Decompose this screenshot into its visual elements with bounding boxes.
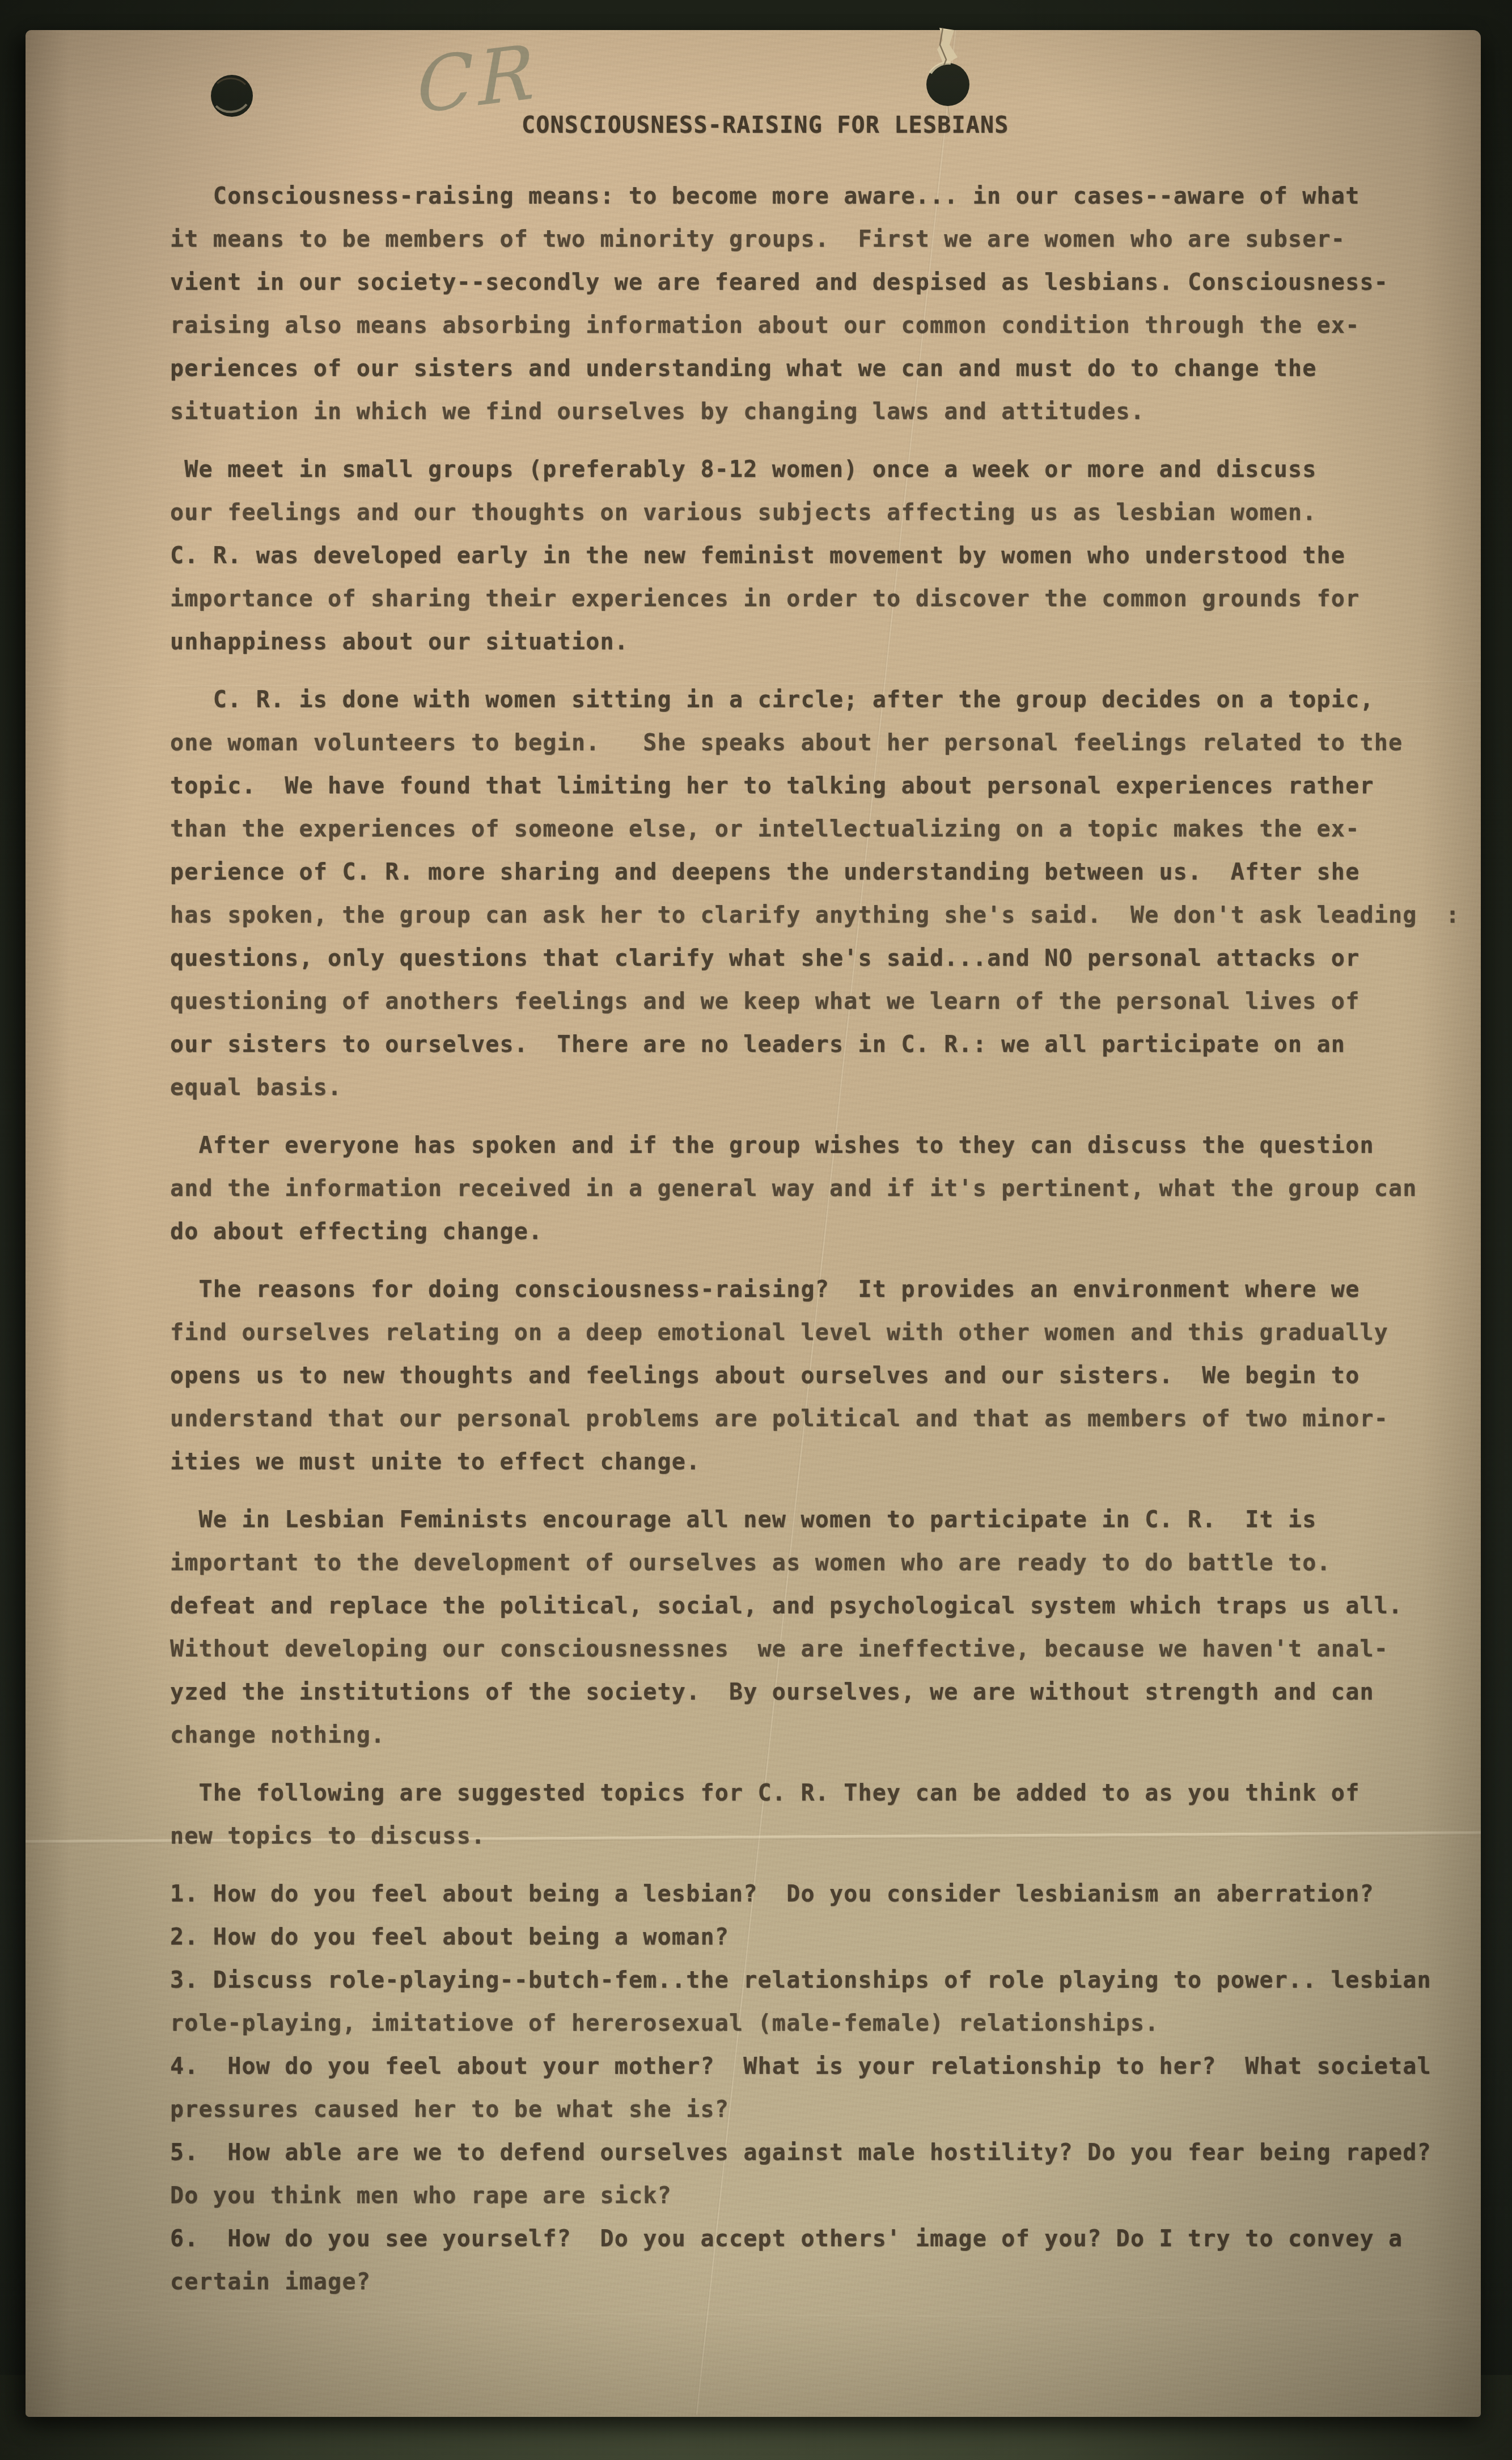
text-line: situation in which we find ourselves by …	[170, 390, 1485, 433]
topic-item: 2. How do you feel about being a woman?	[170, 1916, 1485, 1959]
text-line: pressures caused her to be what she is?	[170, 2088, 1485, 2131]
text-line: find ourselves relating on a deep emotio…	[170, 1311, 1485, 1354]
text-line: yzed the institutions of the society. By…	[170, 1671, 1485, 1714]
text-line: We in Lesbian Feminists encourage all ne…	[170, 1498, 1485, 1541]
text-line: understand that our personal problems ar…	[170, 1397, 1485, 1440]
paragraphs-section: Consciousness-raising means: to become m…	[170, 175, 1485, 1858]
text-line: defeat and replace the political, social…	[170, 1584, 1485, 1628]
paragraph: Consciousness-raising means: to become m…	[170, 175, 1485, 433]
text-line: our sisters to ourselves. There are no l…	[170, 1023, 1485, 1066]
text-line: new topics to discuss.	[170, 1815, 1485, 1858]
text-line: 3. Discuss role-playing--butch-fem..the …	[170, 1959, 1485, 2002]
paragraph: We meet in small groups (preferably 8-12…	[170, 448, 1485, 663]
topic-item: 6. How do you see yourself? Do you accep…	[170, 2217, 1485, 2303]
paragraph: C. R. is done with women sitting in a ci…	[170, 678, 1485, 1109]
topic-item: 5. How able are we to defend ourselves a…	[170, 2131, 1485, 2217]
text-line: C. R. was developed early in the new fem…	[170, 534, 1485, 577]
paragraph: After everyone has spoken and if the gro…	[170, 1124, 1485, 1253]
document-body: CONSCIOUSNESS-RAISING FOR LESBIANS Consc…	[170, 30, 1485, 2303]
text-line: importance of sharing their experiences …	[170, 577, 1485, 620]
topic-item: 1. How do you feel about being a lesbian…	[170, 1873, 1485, 1916]
document-title: CONSCIOUSNESS-RAISING FOR LESBIANS	[170, 104, 1485, 147]
text-line: After everyone has spoken and if the gro…	[170, 1124, 1485, 1167]
topic-item: 4. How do you feel about your mother? Wh…	[170, 2045, 1485, 2131]
text-line: The reasons for doing consciousness-rais…	[170, 1268, 1485, 1311]
text-line: opens us to new thoughts and feelings ab…	[170, 1354, 1485, 1397]
text-line: vient in our society--secondly we are fe…	[170, 261, 1485, 304]
text-line: do about effecting change.	[170, 1210, 1485, 1253]
text-line: 5. How able are we to defend ourselves a…	[170, 2131, 1485, 2174]
text-line: We meet in small groups (preferably 8-12…	[170, 448, 1485, 491]
text-line: raising also means absorbing information…	[170, 304, 1485, 347]
text-line: C. R. is done with women sitting in a ci…	[170, 678, 1485, 721]
text-line: perience of C. R. more sharing and deepe…	[170, 851, 1485, 894]
text-line: 2. How do you feel about being a woman?	[170, 1916, 1485, 1959]
document-page: CR CONSCIOUSNESS-RAISING FOR LESBIANS Co…	[26, 30, 1481, 2417]
text-line: change nothing.	[170, 1714, 1485, 1757]
topics-list: 1. How do you feel about being a lesbian…	[170, 1873, 1485, 2303]
text-line: and the information received in a genera…	[170, 1167, 1485, 1210]
text-line: our feelings and our thoughts on various…	[170, 491, 1485, 534]
text-line: certain image?	[170, 2260, 1485, 2303]
text-line: Consciousness-raising means: to become m…	[170, 175, 1485, 218]
text-line: 4. How do you feel about your mother? Wh…	[170, 2045, 1485, 2088]
scan-background: { "document": { "annotation": "CR", "tit…	[0, 0, 1512, 2460]
text-line: one woman volunteers to begin. She speak…	[170, 721, 1485, 764]
text-line: Do you think men who rape are sick?	[170, 2174, 1485, 2217]
text-line: equal basis.	[170, 1066, 1485, 1109]
text-line: unhappiness about our situation.	[170, 620, 1485, 663]
text-line: than the experiences of someone else, or…	[170, 808, 1485, 851]
topic-item: 3. Discuss role-playing--butch-fem..the …	[170, 1959, 1485, 2045]
fold-crease-bottom	[26, 2309, 1481, 2322]
text-line: it means to be members of two minority g…	[170, 218, 1485, 261]
text-line: role-playing, imitatiove of hererosexual…	[170, 2002, 1485, 2045]
text-line: topic. We have found that limiting her t…	[170, 764, 1485, 808]
text-line: 6. How do you see yourself? Do you accep…	[170, 2217, 1485, 2260]
text-line: The following are suggested topics for C…	[170, 1772, 1485, 1815]
text-line: 1. How do you feel about being a lesbian…	[170, 1873, 1485, 1916]
paragraph: The reasons for doing consciousness-rais…	[170, 1268, 1485, 1483]
paragraph: We in Lesbian Feminists encourage all ne…	[170, 1498, 1485, 1757]
text-line: Without developing our consciousnessnes …	[170, 1628, 1485, 1671]
paragraph: The following are suggested topics for C…	[170, 1772, 1485, 1858]
text-line: questions, only questions that clarify w…	[170, 937, 1485, 980]
text-line: important to the development of ourselve…	[170, 1541, 1485, 1584]
text-line: ities we must unite to effect change.	[170, 1440, 1485, 1483]
text-line: questioning of anothers feelings and we …	[170, 980, 1485, 1023]
text-line: periences of our sisters and understandi…	[170, 347, 1485, 390]
text-line: has spoken, the group can ask her to cla…	[170, 894, 1485, 937]
